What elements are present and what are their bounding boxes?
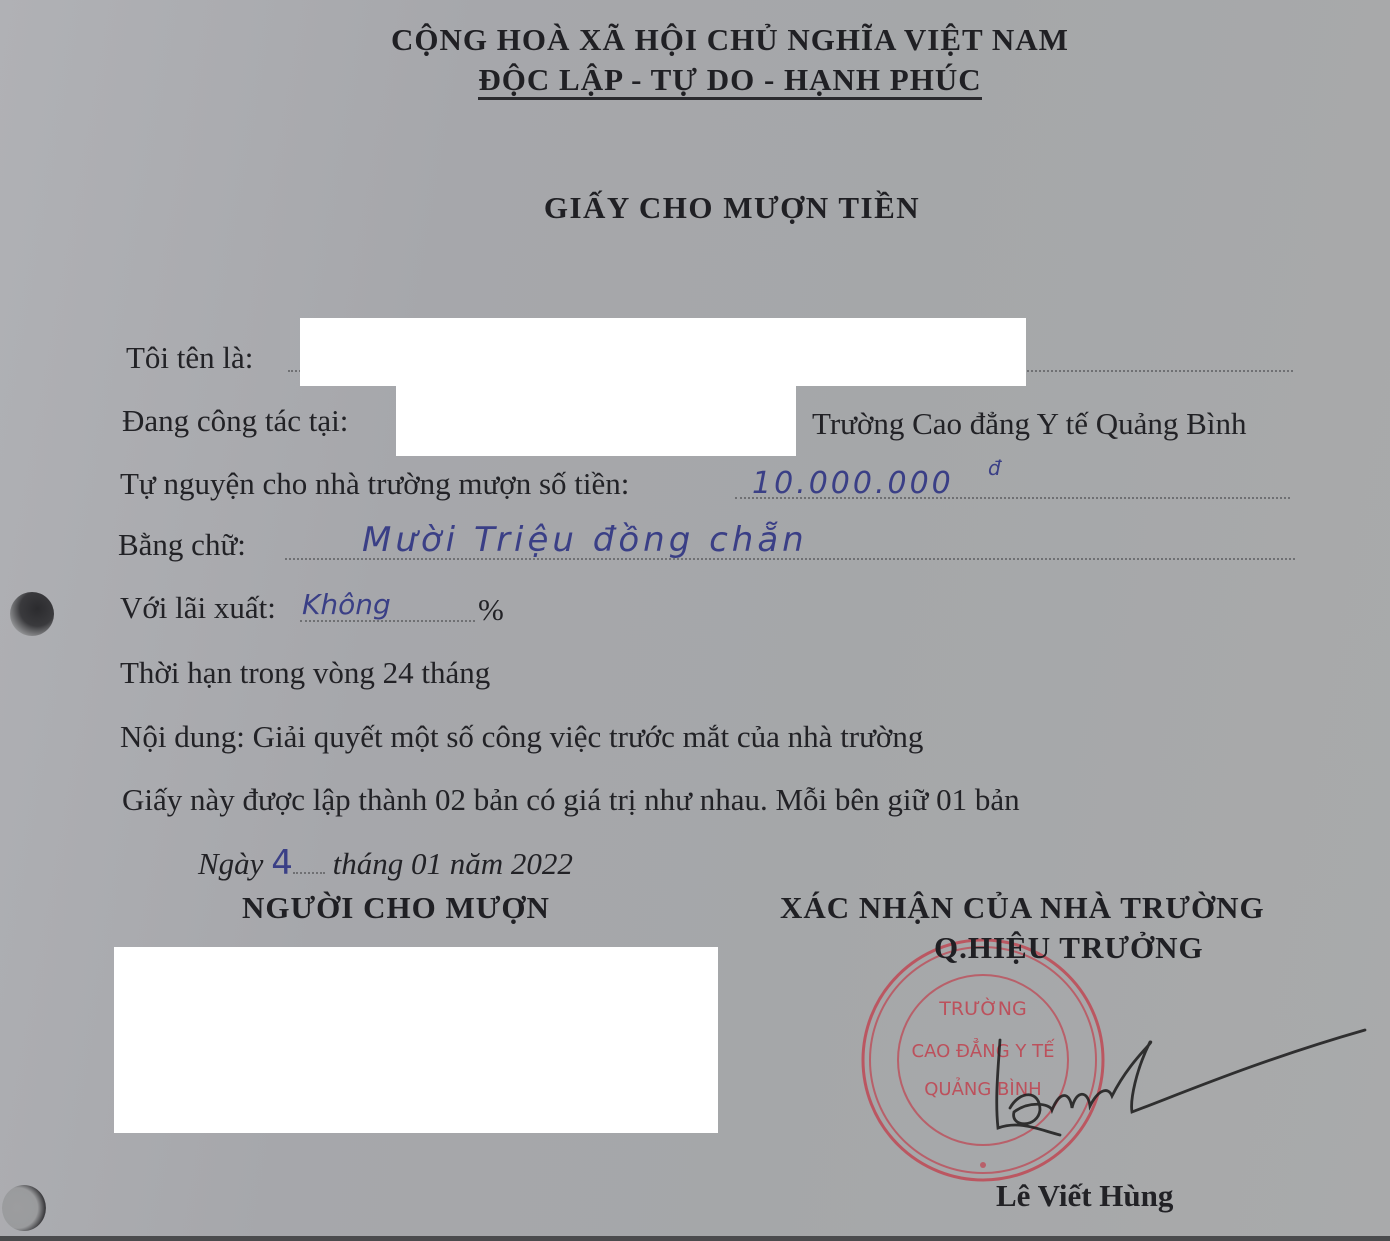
content-line: Nội dung: Giải quyết một số công việc tr… [120, 719, 923, 755]
date-prefix: Ngày [198, 846, 263, 881]
stamp-line-1: TRƯỜNG [938, 996, 1026, 1020]
lender-heading: NGƯỜI CHO MƯỢN [242, 890, 550, 926]
date-day: 4 [271, 843, 293, 883]
redacted-workplace [396, 386, 796, 456]
document-title: GIẤY CHO MƯỢN TIỀN [0, 190, 1390, 226]
principal-signature [980, 1020, 1370, 1160]
copies-line: Giấy này được lập thành 02 bản có giá tr… [122, 782, 1020, 818]
redacted-name [300, 318, 1026, 386]
interest-value: Không [302, 588, 391, 621]
amount-words-value: Mười Triệu đồng chẵn [362, 520, 808, 560]
punch-hole-top [10, 592, 54, 636]
amount-label: Tự nguyện cho nhà trường mượn số tiền: [120, 466, 629, 502]
interest-percent: % [478, 592, 504, 628]
interest-label: Với lãi xuất: [120, 590, 276, 626]
date-line: Ngày 4 tháng 01 năm 2022 [198, 843, 573, 883]
amount-words-label: Bằng chữ: [118, 527, 246, 563]
workplace-label: Đang công tác tại: [122, 403, 348, 439]
punch-hole-bottom [2, 1185, 46, 1231]
redacted-lender-signature [114, 947, 718, 1133]
amount-value: 10.000.000 [752, 466, 954, 501]
name-label: Tôi tên là: [126, 340, 253, 376]
school-heading: XÁC NHẬN CỦA NHÀ TRƯỜNG [780, 890, 1265, 926]
principal-name: Lê Viết Hùng [996, 1178, 1173, 1214]
workplace-school: Trường Cao đẳng Y tế Quảng Bình [812, 406, 1246, 442]
national-motto-line2: ĐỘC LẬP - TỰ DO - HẠNH PHÚC [0, 62, 1390, 98]
bottom-edge [0, 1236, 1390, 1241]
term-line: Thời hạn trong vòng 24 tháng [120, 655, 490, 691]
amount-unit: đ [988, 456, 1001, 480]
national-motto-line1: CỘNG HOÀ XÃ HỘI CHỦ NGHĨA VIỆT NAM [0, 22, 1390, 58]
school-role: Q.HIỆU TRƯỞNG [934, 930, 1204, 966]
scanned-document: CỘNG HOÀ XÃ HỘI CHỦ NGHĨA VIỆT NAM ĐỘC L… [0, 0, 1390, 1236]
national-motto-line2-text: ĐỘC LẬP - TỰ DO - HẠNH PHÚC [478, 62, 981, 100]
date-rest: tháng 01 năm 2022 [333, 846, 573, 881]
